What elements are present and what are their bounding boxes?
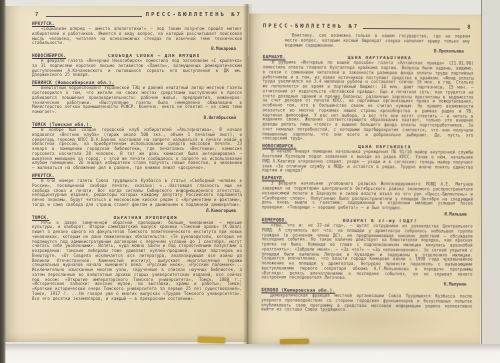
article-paragraph: НОВОСИБИРСК.СВОБОДА СЛОВА — ДЛЯ ИМУЩИХВ … <box>32 54 242 78</box>
article-paragraph: ЛЕНИНСК (Новосибирская обл.).Внештатный … <box>32 81 242 120</box>
right-page: ПРЕСС-БЮЛЛЕТЕНЬ №7 8 Воистину, сие возмо… <box>247 13 482 346</box>
article-body: Внештатный корреспондент Украинской ТЭЦ … <box>32 86 242 115</box>
article-signature: К.Малунин <box>261 280 472 286</box>
article-paragraph: ИРКУТСК.«Социализм вперед — вместо аполо… <box>32 22 242 51</box>
article-body: В рубрике «Интервью по вашей просьбе» га… <box>262 61 473 143</box>
article-body: В ноябре был создан городской клуб избир… <box>32 128 242 171</box>
article-body: 3 февраля начальник уголовного розыска Ж… <box>262 182 473 212</box>
left-page-paragraphs: ИРКУТСК.«Социализм вперед — вместо аполо… <box>32 22 242 301</box>
bulletin-spread-photo: 7 ПРЕСС-БЮЛЛЕТЕНЬ №7 ИРКУТСК.«Социализм … <box>0 0 500 363</box>
article-signature: И.Мальцев <box>262 210 473 216</box>
article-paragraph: Воистину, сие возможно только в нашем го… <box>263 33 474 54</box>
right-page-number: 8 <box>464 25 474 31</box>
article-paragraph: БАРНАУЛ.ЦЕНА ПАРТРАБОТНИКАВ рубрике «Инт… <box>262 56 474 143</box>
article-body: Воистину, сие возможно только в нашем го… <box>285 34 470 49</box>
article-paragraph: БАРНАУЛ.3 февраля начальник уголовного р… <box>262 177 473 217</box>
bulletin-title: ПРЕСС-БЮЛЛЕТЕНЬ №7 <box>146 12 242 18</box>
article-body: В феврале газета «Вечерний Новосибирск» … <box>32 59 242 78</box>
photo-edge-left <box>0 0 6 363</box>
article-body: «Социализм вперед — вместо апологетики!»… <box>32 27 242 46</box>
tape-stain-mark <box>198 337 225 344</box>
article-signature: Л.Комогорцев <box>32 208 242 213</box>
article-body: Речь о давно замеченной обратной пропорц… <box>32 221 242 302</box>
article-paragraph: ТОМСК (Томская обл.).В ноябре был создан… <box>32 123 242 171</box>
background-surface-bottom <box>0 344 500 363</box>
article-paragraph: НОВОСИБИРСК.ЦЕНА ПАРТБИЛЕТАВ начале янва… <box>262 145 473 175</box>
article-body: Демократическая фракция местной организа… <box>261 294 472 314</box>
article-body: «Увы, что ж: не 37-ой год», — шутят сотр… <box>261 223 472 281</box>
article-paragraph: КЕМЕРОВО.ВОЗВРАТ К 37-му ГОДУ?«Увы, что … <box>261 218 472 286</box>
left-page-header: 7 ПРЕСС-БЮЛЛЕТЕНЬ №7 <box>32 12 242 18</box>
article-paragraph: БЕЛОВО (Кемеровская обл.).Демократическа… <box>261 289 472 314</box>
article-body: В 6-м номере газеты Союза трудящихся Куз… <box>32 179 242 208</box>
right-page-paragraphs: Воистину, сие возможно только в нашем го… <box>261 33 474 313</box>
header-rule <box>46 15 142 17</box>
article-paragraph: ТОМСК.ОБРАТНАЯ ПРОПОРЦИЯРечь о давно зам… <box>32 216 242 302</box>
center-fold-shadow <box>243 4 253 346</box>
left-page-number: 7 <box>32 12 42 18</box>
article-signature: В.Прокопьева <box>263 48 474 54</box>
header-rule <box>363 27 460 30</box>
article-signature: В.Октябрьский <box>32 115 242 120</box>
article-body: В начале января помощник начальника учре… <box>262 150 473 175</box>
tape-stain-mark <box>280 339 309 345</box>
underlying-page-edge <box>481 0 500 363</box>
left-page: 7 ПРЕСС-БЮЛЛЕТЕНЬ №7 ИРКУТСК.«Социализм … <box>5 6 249 342</box>
bulletin-title: ПРЕСС-БЮЛЛЕТЕНЬ №7 <box>263 23 359 30</box>
article-paragraph: ИРКУТСК.В 6-м номере газеты Союза трудящ… <box>32 174 242 213</box>
article-signature: В.Макарова <box>32 46 242 51</box>
right-page-header: ПРЕСС-БЮЛЛЕТЕНЬ №7 8 <box>263 23 474 30</box>
